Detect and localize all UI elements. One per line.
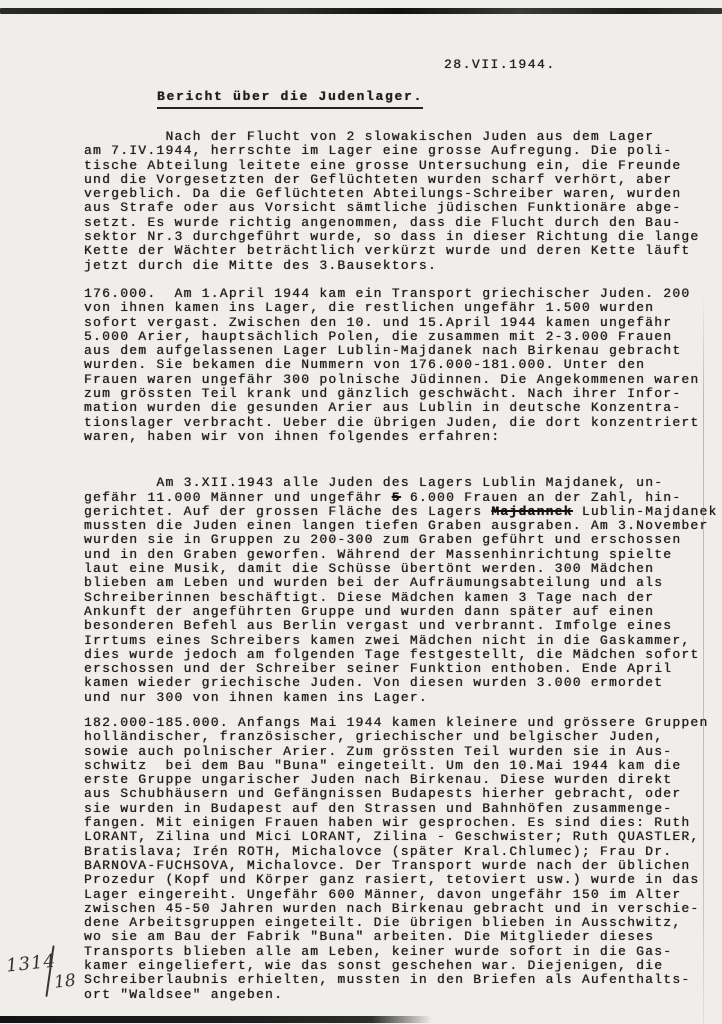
paragraph3-text-part3: Lublin-Majdanek mussten die Juden einen … (84, 504, 718, 705)
paragraph-lublin-majdanek: Am 3.XII.1943 alle Juden des Lagers Lubl… (84, 476, 722, 705)
document-date: 28.VII.1944. (444, 57, 556, 72)
document-title: Bericht über die Judenlager. (157, 89, 423, 109)
handwritten-archive-number: 1314 18 (0, 942, 85, 1020)
document-page: 28.VII.1944. Bericht über die Judenlager… (0, 0, 722, 1024)
paragraph-176000: 176.000. Am 1.April 1944 kam ein Transpo… (84, 287, 722, 444)
overstruck-character: 5 (392, 490, 401, 505)
scan-artifact-top-band (0, 8, 722, 14)
paragraph-flucht: Nach der Flucht von 2 slowakischen Juden… (84, 130, 722, 273)
handwritten-number-bottom: 18 (53, 971, 77, 993)
paragraph-182000: 182.000-185.000. Anfangs Mai 1944 kamen … (84, 716, 722, 1002)
document-body: Nach der Flucht von 2 slowakischen Juden… (84, 130, 722, 1002)
scan-artifact-bottom-band (0, 1016, 432, 1023)
scan-fold-line (703, 290, 704, 1024)
overstruck-word-majdanek: Majdannek (491, 504, 572, 519)
